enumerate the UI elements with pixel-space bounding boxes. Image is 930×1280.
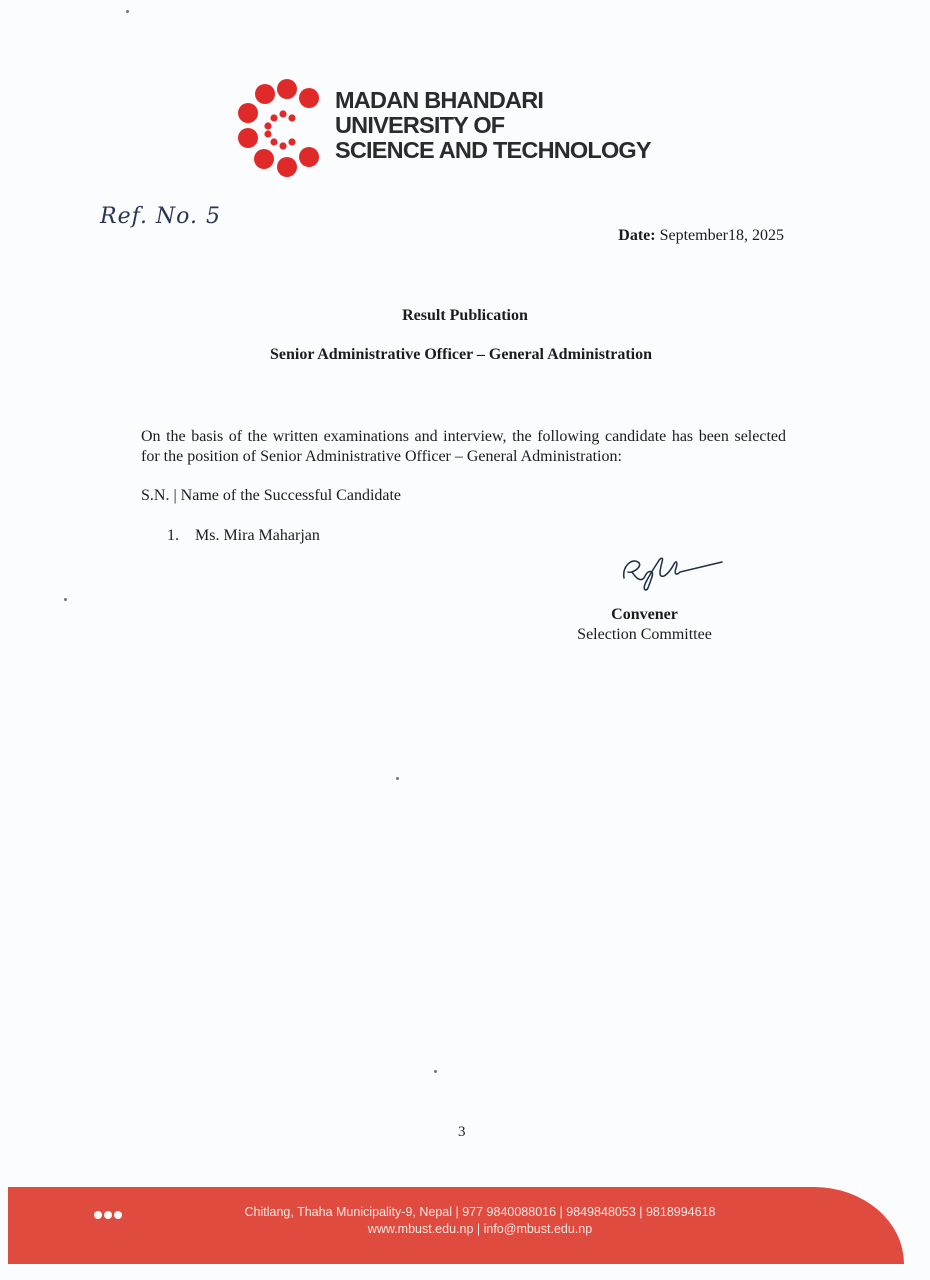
- university-logo-icon: [230, 76, 325, 181]
- position-title: Senior Administrative Officer – General …: [0, 346, 922, 364]
- date-label: Date:: [618, 227, 655, 244]
- candidate-list-header: S.N. | Name of the Successful Candidate: [141, 487, 401, 505]
- university-name-line-1: MADAN BHANDARI: [335, 88, 651, 113]
- scan-speck: [126, 10, 129, 13]
- reference-number: Ref. No. 5: [100, 204, 221, 229]
- document-date: Date: September18, 2025: [618, 227, 784, 245]
- scan-speck: [434, 1070, 437, 1073]
- candidate-list-item: 1. Ms. Mira Maharjan: [167, 527, 320, 545]
- page-number: 3: [458, 1124, 466, 1141]
- university-name-line-3: SCIENCE AND TECHNOLOGY: [335, 138, 651, 163]
- university-name: MADAN BHANDARI UNIVERSITY OF SCIENCE AND…: [335, 88, 651, 163]
- candidate-sn: 1.: [167, 527, 191, 545]
- scan-speck: [64, 598, 67, 601]
- signatory-committee: Selection Committee: [560, 626, 729, 644]
- candidate-name: Ms. Mira Maharjan: [195, 527, 320, 544]
- signature-icon: [618, 548, 728, 593]
- date-value: September18, 2025: [660, 227, 784, 244]
- body-paragraph: On the basis of the written examinations…: [141, 427, 786, 467]
- footer-address-phone: Chitlang, Thaha Municipality-9, Nepal | …: [15, 1205, 930, 1219]
- document-title: Result Publication: [0, 307, 930, 325]
- university-name-line-2: UNIVERSITY OF: [335, 113, 651, 138]
- footer-web-email: www.mbust.edu.np | info@mbust.edu.np: [15, 1222, 930, 1236]
- scan-speck: [396, 777, 399, 780]
- signatory-role: Convener: [572, 606, 717, 624]
